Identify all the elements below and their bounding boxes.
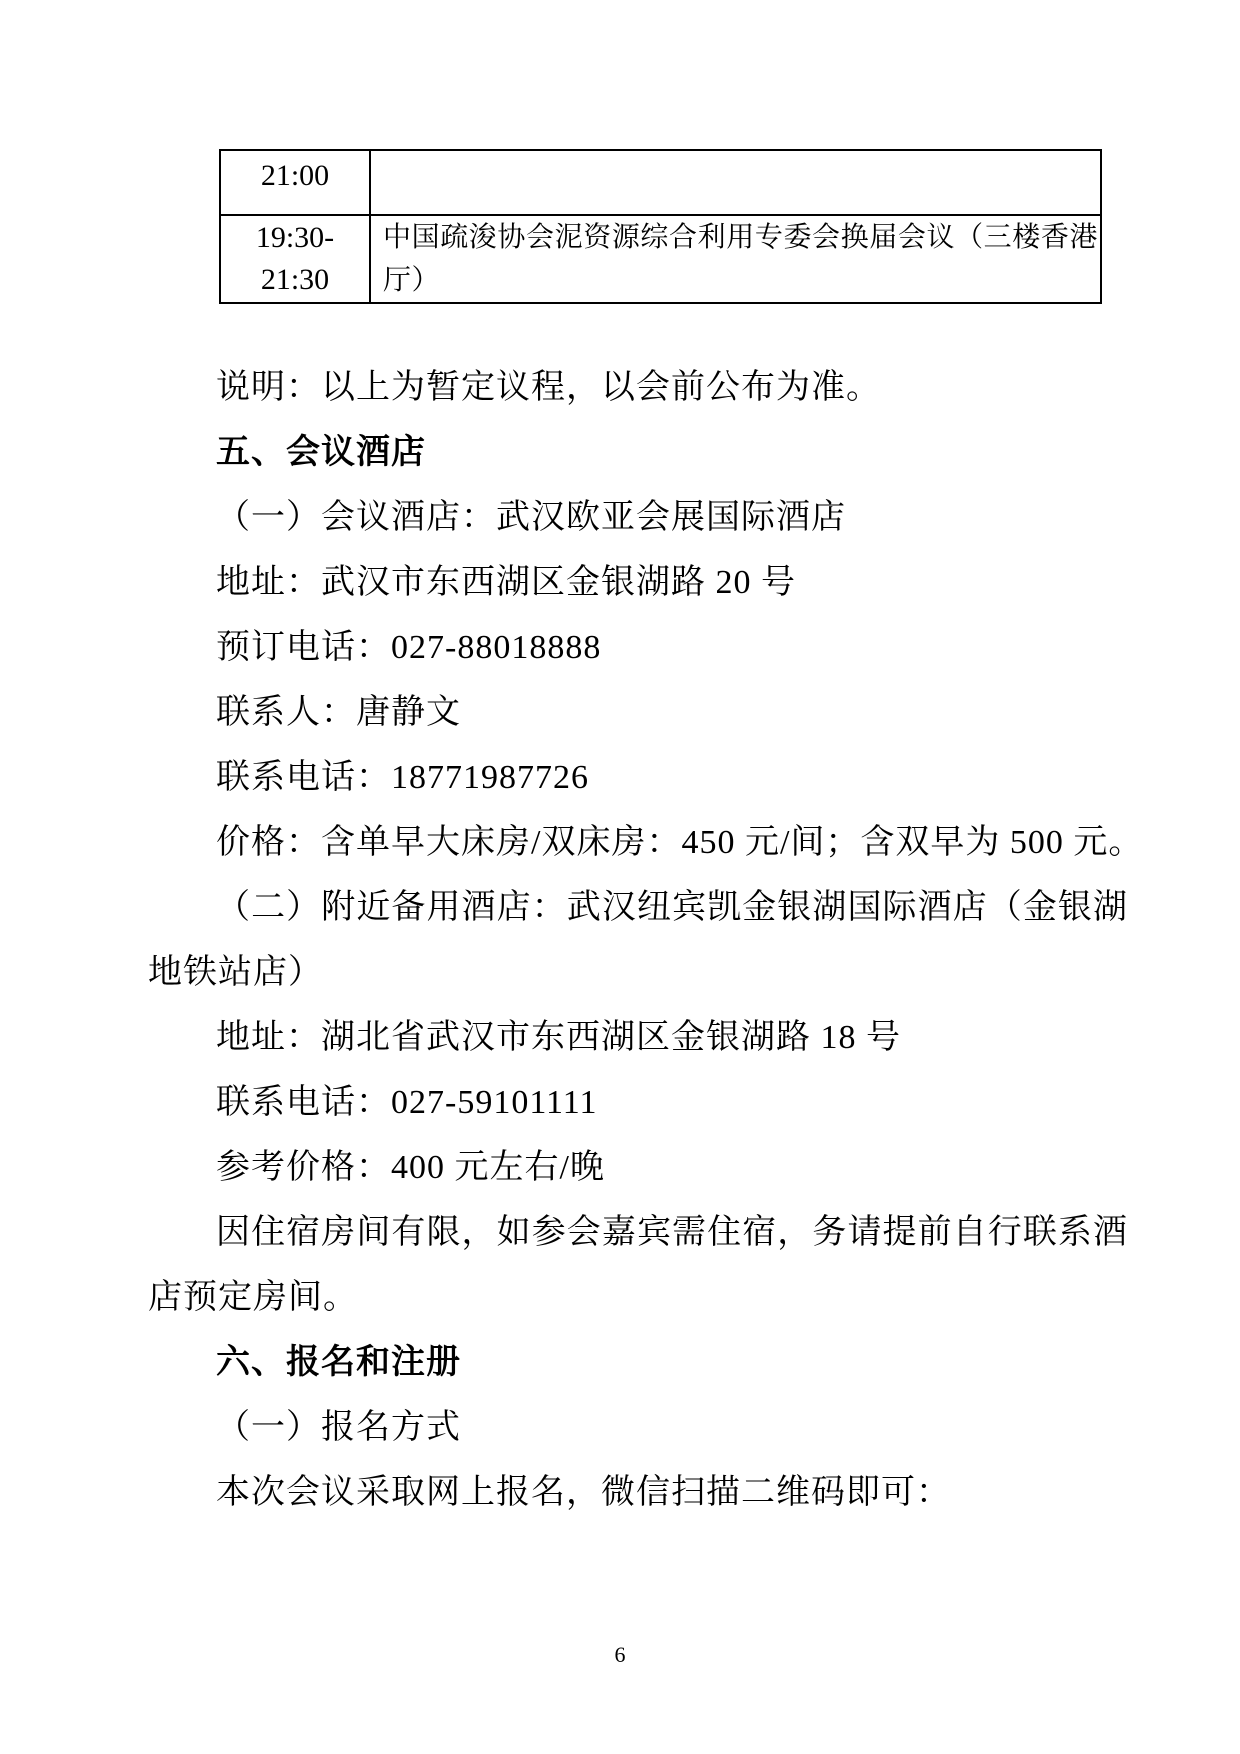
agenda-event-cell: 中国疏浚协会泥资源综合利用专委会换届会议（三楼香港厅） xyxy=(370,215,1101,303)
hotel2-price: 参考价格：400 元左右/晚 xyxy=(148,1135,1128,1200)
hotel2-address: 地址：湖北省武汉市东西湖区金银湖路 18 号 xyxy=(148,1005,1128,1070)
agenda-note: 说明：以上为暂定议程，以会前公布为准。 xyxy=(148,355,1128,420)
agenda-event-cell xyxy=(370,150,1101,215)
agenda-time-cell: 21:00 xyxy=(220,150,370,215)
hotel1-contact-person: 联系人：唐静文 xyxy=(148,680,1128,745)
hotel1-contact-phone: 联系电话：18771987726 xyxy=(148,745,1128,810)
document-page: 21:00 19:30-21:30 中国疏浚协会泥资源综合利用专委会换届会议（三… xyxy=(0,0,1240,1754)
table-row: 19:30-21:30 中国疏浚协会泥资源综合利用专委会换届会议（三楼香港厅） xyxy=(220,215,1101,303)
table-row: 21:00 xyxy=(220,150,1101,215)
hotel1-booking-phone: 预订电话：027-88018888 xyxy=(148,615,1128,680)
accommodation-note: 因住宿房间有限，如参会嘉宾需住宿，务请提前自行联系酒店预定房间。 xyxy=(148,1200,1128,1330)
registration-method-subheading: （一）报名方式 xyxy=(148,1395,1128,1460)
hotel2-title: （二）附近备用酒店：武汉纽宾凯金银湖国际酒店（金银湖地铁站店） xyxy=(148,875,1128,1005)
agenda-table: 21:00 19:30-21:30 中国疏浚协会泥资源综合利用专委会换届会议（三… xyxy=(219,149,1102,304)
hotel1-price: 价格：含单早大床房/双床房：450 元/间；含双早为 500 元。 xyxy=(148,810,1128,875)
agenda-time-cell: 19:30-21:30 xyxy=(220,215,370,303)
document-body: 说明：以上为暂定议程，以会前公布为准。 五、会议酒店 （一）会议酒店：武汉欧亚会… xyxy=(148,355,1128,1525)
hotel1-title: （一）会议酒店：武汉欧亚会展国际酒店 xyxy=(148,485,1128,550)
section-5-heading: 五、会议酒店 xyxy=(148,420,1128,485)
page-number: 6 xyxy=(0,1640,1240,1670)
hotel1-address: 地址：武汉市东西湖区金银湖路 20 号 xyxy=(148,550,1128,615)
registration-method-text: 本次会议采取网上报名，微信扫描二维码即可： xyxy=(148,1460,1128,1525)
hotel2-contact-phone: 联系电话：027-59101111 xyxy=(148,1070,1128,1135)
section-6-heading: 六、报名和注册 xyxy=(148,1330,1128,1395)
